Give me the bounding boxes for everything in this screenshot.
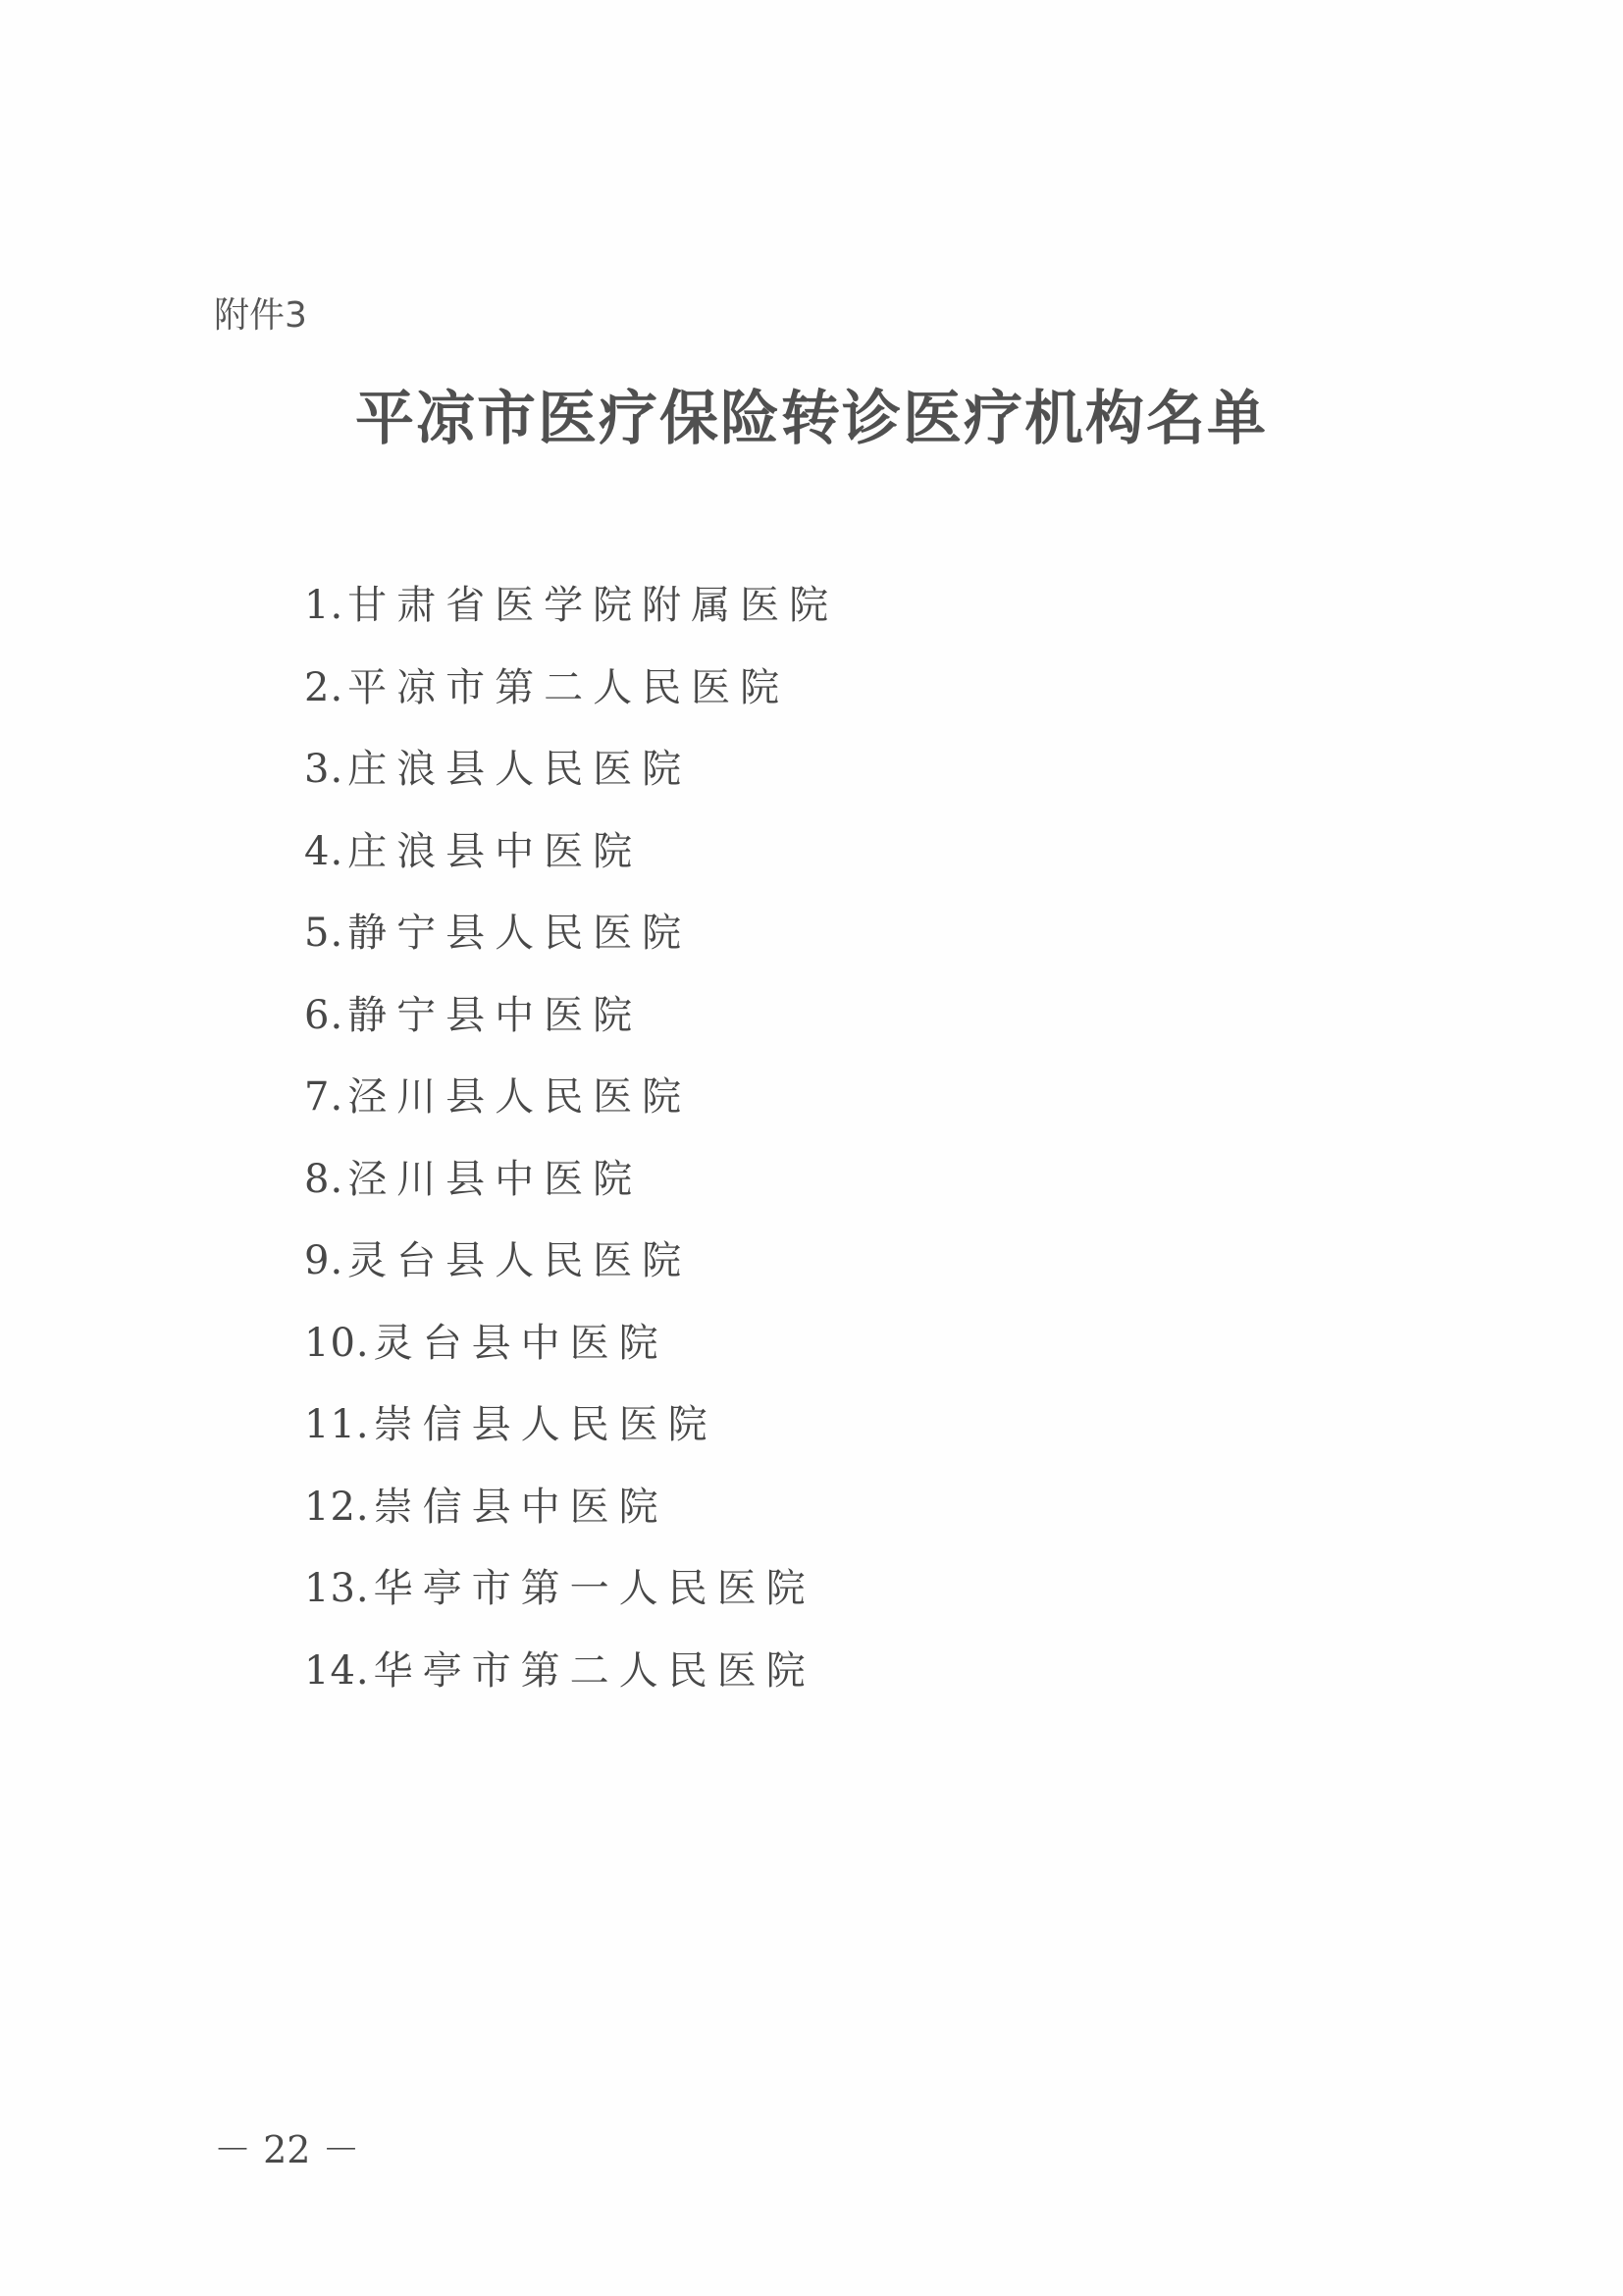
list-item: 3.庄浪县人民医院 (304, 745, 838, 827)
item-number: 5. (304, 911, 343, 956)
list-item: 11.崇信县人民医院 (304, 1400, 838, 1483)
item-number: 14. (304, 1648, 370, 1694)
list-item: 12.崇信县中医院 (304, 1483, 838, 1565)
item-number: 3. (304, 747, 343, 792)
document-title: 平凉市医疗保险转诊医疗机构名单 (355, 385, 1278, 453)
item-number: 9. (304, 1238, 343, 1283)
list-item: 4.庄浪县中医院 (304, 827, 838, 910)
list-item: 7.泾川县人民医院 (304, 1072, 838, 1155)
hospital-name: 灵台县人民医院 (347, 1238, 691, 1283)
item-number: 8. (304, 1157, 343, 1202)
hospital-name: 华亭市第二人民医院 (374, 1648, 815, 1694)
item-number: 2. (304, 665, 343, 710)
list-item: 9.灵台县人民医院 (304, 1236, 838, 1319)
hospital-name: 庄浪县人民医院 (347, 747, 691, 792)
hospital-name: 泾川县中医院 (347, 1157, 642, 1202)
hospital-name: 灵台县中医院 (374, 1321, 668, 1366)
item-number: 7. (304, 1074, 343, 1120)
item-number: 10. (304, 1321, 370, 1366)
hospital-name: 崇信县人民医院 (374, 1402, 717, 1447)
list-item: 5.静宁县人民医院 (304, 909, 838, 991)
hospital-name: 静宁县中医院 (347, 993, 642, 1038)
hospital-name: 甘肃省医学院附属医院 (347, 583, 838, 628)
item-number: 11. (304, 1402, 370, 1447)
list-item: 10.灵台县中医院 (304, 1319, 838, 1401)
hospital-name: 庄浪县中医院 (347, 829, 642, 874)
hospital-list: 1.甘肃省医学院附属医院 2.平凉市第二人民医院 3.庄浪县人民医院 4.庄浪县… (304, 581, 838, 1728)
list-item: 14.华亭市第二人民医院 (304, 1646, 838, 1729)
hospital-name: 泾川县人民医院 (347, 1074, 691, 1120)
list-item: 1.甘肃省医学院附属医院 (304, 581, 838, 663)
item-number: 6. (304, 993, 343, 1038)
item-number: 12. (304, 1485, 370, 1530)
item-number: 1. (304, 583, 343, 628)
hospital-name: 平凉市第二人民医院 (347, 665, 789, 710)
list-item: 2.平凉市第二人民医院 (304, 663, 838, 746)
list-item: 13.华亭市第一人民医院 (304, 1564, 838, 1646)
item-number: 13. (304, 1566, 370, 1611)
list-item: 6.静宁县中医院 (304, 991, 838, 1073)
hospital-name: 静宁县人民医院 (347, 911, 691, 956)
page-number: － 22 － (214, 2127, 360, 2172)
attachment-label: 附件3 (214, 294, 307, 338)
item-number: 4. (304, 829, 343, 874)
hospital-name: 崇信县中医院 (374, 1485, 668, 1530)
hospital-name: 华亭市第一人民医院 (374, 1566, 815, 1611)
document-page: 附件3 平凉市医疗保险转诊医疗机构名单 1.甘肃省医学院附属医院 2.平凉市第二… (0, 0, 1623, 2296)
list-item: 8.泾川县中医院 (304, 1155, 838, 1237)
